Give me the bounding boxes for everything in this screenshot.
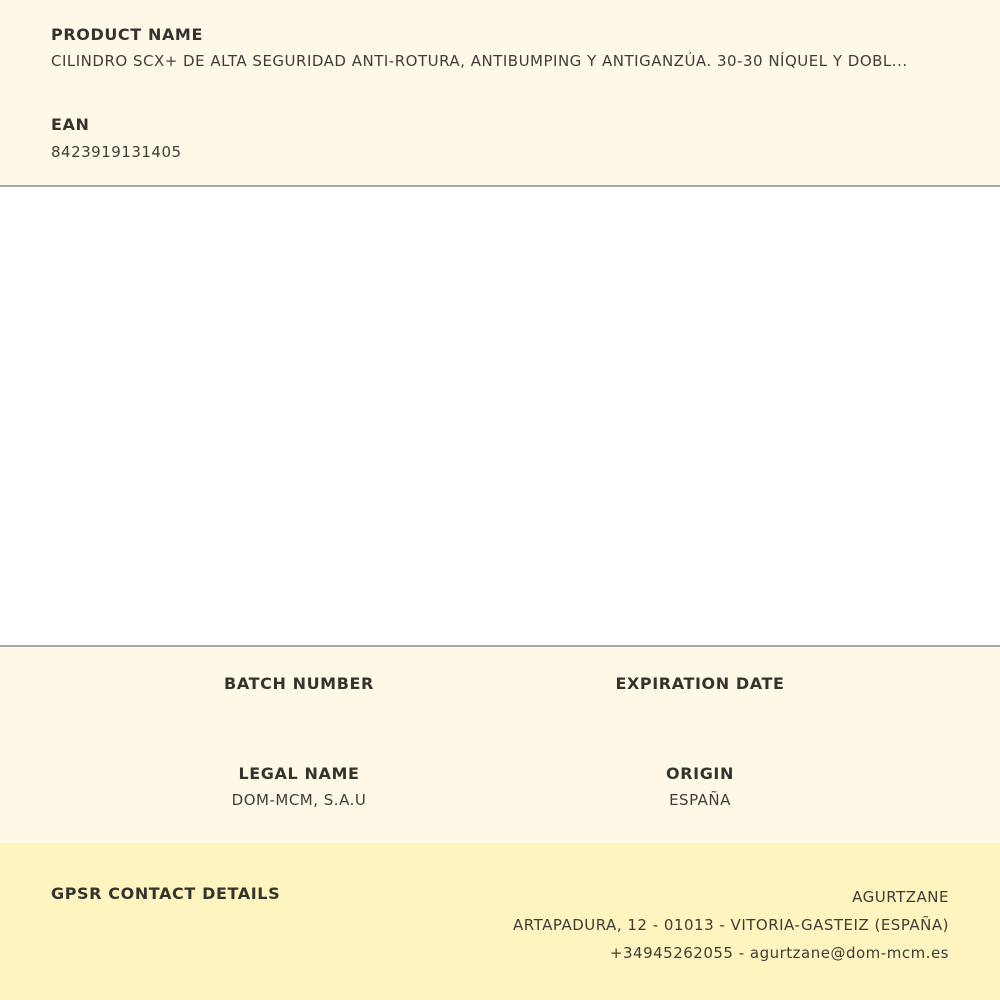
expiration-date-field: EXPIRATION DATE [500, 674, 900, 701]
product-name-value: CILINDRO SCX+ DE ALTA SEGURIDAD ANTI-ROT… [51, 52, 951, 70]
legal-name-field: LEGAL NAME DOM-MCM, S.A.U [99, 764, 499, 809]
product-image-area [0, 187, 1000, 645]
origin-value: ESPAÑA [500, 791, 900, 809]
batch-number-label: BATCH NUMBER [99, 674, 499, 693]
expiration-date-label: EXPIRATION DATE [500, 674, 900, 693]
gpsr-contact-phone-email: +34945262055 - agurtzane@dom-mcm.es [513, 939, 949, 967]
legal-name-label: LEGAL NAME [99, 764, 499, 783]
gpsr-contact-section: GPSR CONTACT DETAILS AGURTZANE ARTAPADUR… [0, 843, 1000, 1000]
gpsr-contact-label: GPSR CONTACT DETAILS [51, 884, 280, 903]
legal-name-value: DOM-MCM, S.A.U [99, 791, 499, 809]
ean-value: 8423919131405 [51, 143, 182, 161]
gpsr-contact-name: AGURTZANE [513, 883, 949, 911]
origin-label: ORIGIN [500, 764, 900, 783]
origin-field: ORIGIN ESPAÑA [500, 764, 900, 809]
ean-field: EAN 8423919131405 [51, 115, 182, 161]
product-info-section: PRODUCT NAME CILINDRO SCX+ DE ALTA SEGUR… [0, 0, 1000, 187]
ean-label: EAN [51, 115, 182, 134]
product-details-section: BATCH NUMBER EXPIRATION DATE LEGAL NAME … [0, 645, 1000, 845]
product-name-label: PRODUCT NAME [51, 25, 951, 44]
gpsr-contact-address: ARTAPADURA, 12 - 01013 - VITORIA-GASTEIZ… [513, 911, 949, 939]
product-name-field: PRODUCT NAME CILINDRO SCX+ DE ALTA SEGUR… [51, 25, 951, 70]
batch-number-field: BATCH NUMBER [99, 674, 499, 701]
gpsr-contact-block: AGURTZANE ARTAPADURA, 12 - 01013 - VITOR… [513, 883, 949, 967]
